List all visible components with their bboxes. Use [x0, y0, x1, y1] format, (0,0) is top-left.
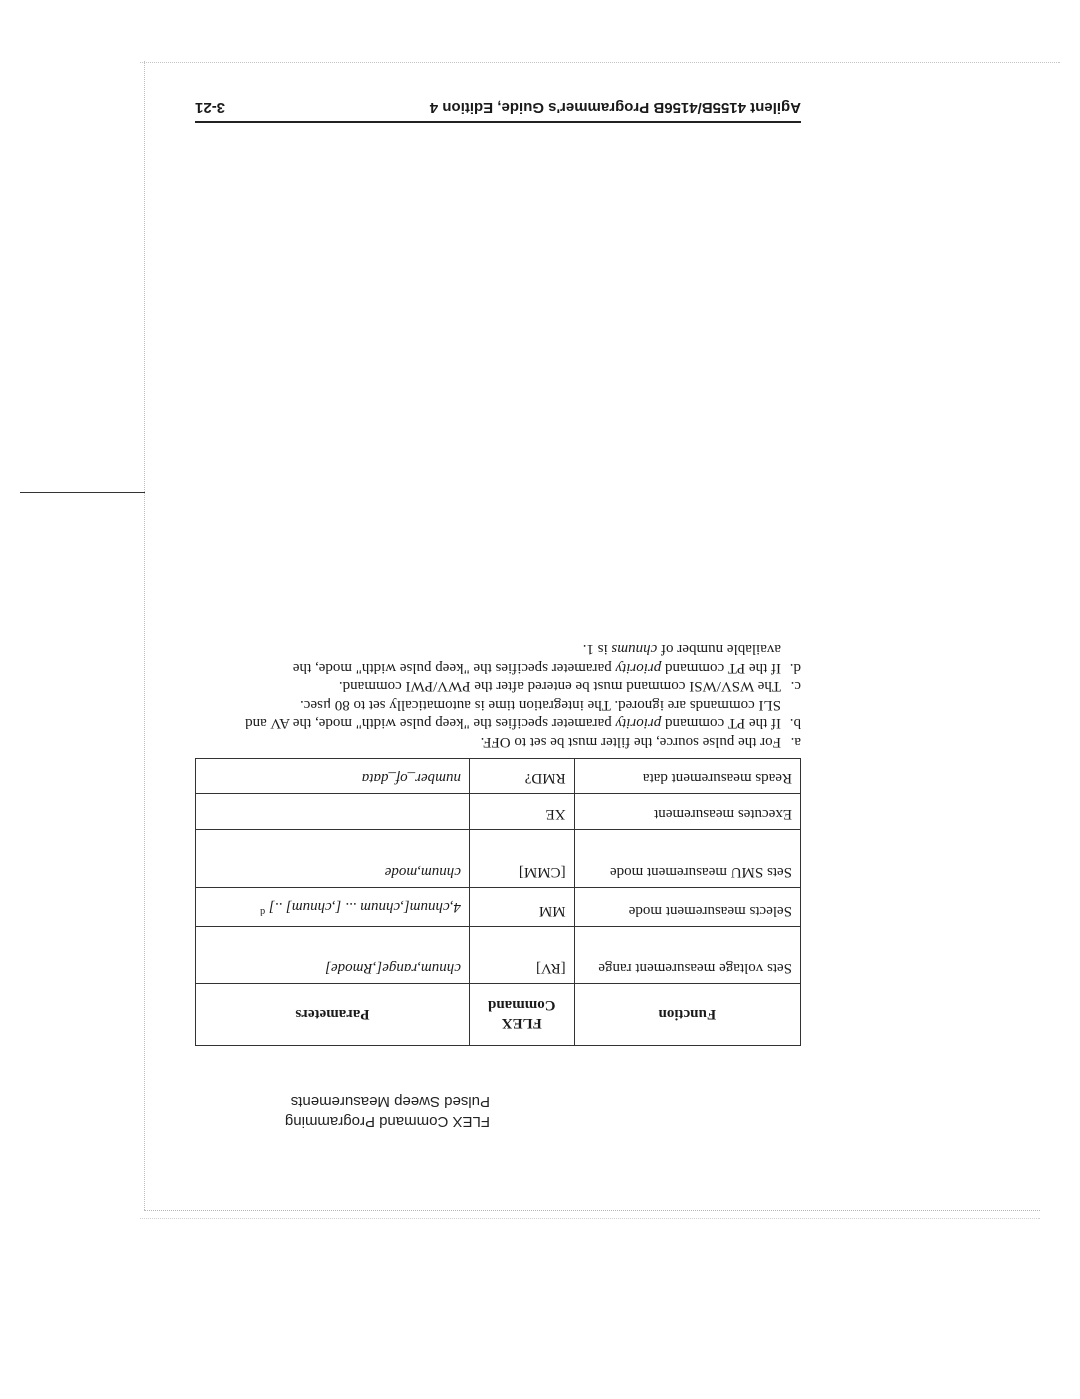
- cell-parameters: chnum,mode: [196, 830, 470, 888]
- cell-command: [RV]: [469, 927, 574, 984]
- footnote-c: c. The WSV/WSI command must be entered a…: [241, 677, 801, 696]
- footnote-label: a.: [781, 733, 801, 752]
- footnote-text: For the pulse source, the filter must be…: [241, 733, 781, 752]
- parameters-text: 4,chnum[,chnum ... [,chnum] ..]: [269, 899, 461, 915]
- header-parameters: Parameters: [196, 984, 470, 1046]
- cell-parameters: chnum,range[,Rmode]: [196, 927, 470, 984]
- cell-function: Sets voltage measurement range: [574, 927, 800, 984]
- cell-function: Executes measurement: [574, 794, 800, 830]
- table-footnotes: a. For the pulse source, the filter must…: [241, 640, 801, 751]
- footer-rule: [195, 121, 801, 123]
- cell-parameters: number_of_data: [196, 759, 470, 794]
- section-heading-line2: Pulsed Sweep Measurements: [285, 1091, 490, 1111]
- footnote-text: If the PT command priority parameter spe…: [241, 696, 781, 733]
- footer-title: Agilent 4155B/4156B Programmer's Guide, …: [430, 99, 801, 116]
- footnote-b: b. If the PT command priority parameter …: [241, 696, 801, 733]
- cell-function: Selects measurement mode: [574, 888, 800, 927]
- cell-command: XE: [469, 794, 574, 830]
- table-row: Executes measurement XE: [196, 794, 801, 830]
- table-row: Selects measurement mode MM 4,chnum[,chn…: [196, 888, 801, 927]
- scan-edge: [140, 1218, 1040, 1219]
- scan-edge-top: [145, 1210, 1040, 1211]
- section-heading-line1: FLEX Command Programming: [285, 1111, 490, 1131]
- cell-parameters: 4,chnum[,chnum ... [,chnum] ..] d: [196, 888, 470, 927]
- footnote-label: c.: [781, 677, 801, 696]
- cell-command: [CMM]: [469, 830, 574, 888]
- footnote-d: d. If the PT command priority parameter …: [241, 640, 801, 677]
- scan-edge-right: [144, 61, 145, 1211]
- cell-command: RMD?: [469, 759, 574, 794]
- footnote-label: d.: [781, 640, 801, 677]
- header-flex-command-label: FLEX Command: [488, 998, 556, 1032]
- table-row: Sets SMU measurement mode [CMM] chnum,mo…: [196, 830, 801, 888]
- footnote-label: b.: [781, 696, 801, 733]
- table-row: Reads measurement data RMD? number_of_da…: [196, 759, 801, 794]
- page-footer: Agilent 4155B/4156B Programmer's Guide, …: [195, 94, 801, 116]
- scan-edge-bottom: [140, 62, 1060, 63]
- footnote-a: a. For the pulse source, the filter must…: [241, 733, 801, 752]
- document-page: FLEX Command Programming Pulsed Sweep Me…: [0, 0, 1080, 1399]
- footnote-text: The WSV/WSI command must be entered afte…: [241, 677, 781, 696]
- header-function: Function: [574, 984, 800, 1046]
- margin-tick-mark: [20, 492, 145, 493]
- flex-command-table: Function FLEX Command Parameters Sets vo…: [195, 758, 801, 1046]
- table-header-row: Function FLEX Command Parameters: [196, 984, 801, 1046]
- cell-parameters: [196, 794, 470, 830]
- footnote-text: If the PT command priority parameter spe…: [241, 640, 781, 677]
- cell-function: Reads measurement data: [574, 759, 800, 794]
- cell-command: MM: [469, 888, 574, 927]
- header-flex-command: FLEX Command: [469, 984, 574, 1046]
- section-heading: FLEX Command Programming Pulsed Sweep Me…: [285, 1091, 490, 1131]
- table-row: Sets voltage measurement range [RV] chnu…: [196, 927, 801, 984]
- cell-function: Sets SMU measurement mode: [574, 830, 800, 888]
- footnote-marker: d: [260, 906, 265, 917]
- page-number: 3-21: [195, 99, 225, 116]
